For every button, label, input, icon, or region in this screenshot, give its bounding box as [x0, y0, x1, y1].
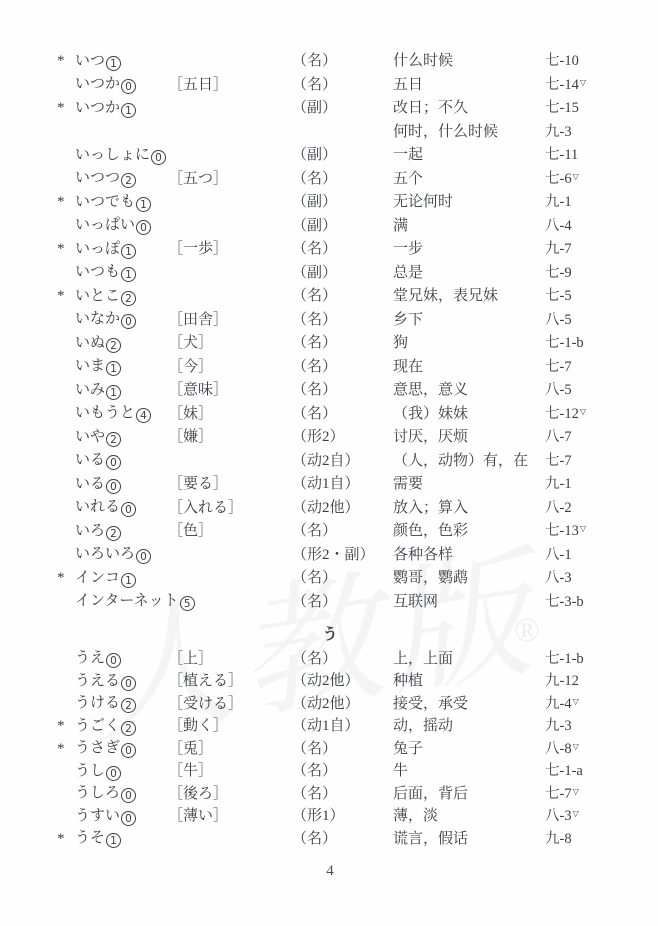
- kana-text: いっしょに: [75, 147, 150, 163]
- vocab-row: いや2 ［嫌］ （形2） 讨厌，厌烦 八-7: [57, 424, 628, 448]
- word-kana: うさぎ0: [75, 736, 168, 758]
- vocab-row: いつつ2 ［五つ］ （名） 五个 七-6▽: [57, 166, 628, 190]
- lesson-ref-text: 九-1: [545, 194, 572, 210]
- vocab-row: いま1 ［今］ （名） 现在 七-7: [57, 354, 628, 378]
- vocab-row: * いっぽ1 ［一歩］ （名） 一步 九-7: [57, 236, 628, 260]
- star-marker: *: [57, 570, 75, 587]
- kana-text: いつも: [75, 264, 120, 280]
- word-kanji: ［五日］: [168, 73, 292, 94]
- lesson-ref-text: 九-4: [545, 696, 572, 712]
- accent-badge: 0: [106, 766, 121, 781]
- vocab-row: * うさぎ0 ［兎］ （名） 兔子 八-8▽: [57, 736, 628, 759]
- meaning-chinese: 满: [393, 214, 545, 235]
- kana-text: いれる: [75, 499, 120, 515]
- meaning-chinese: 何时，什么时候: [393, 120, 545, 141]
- part-of-speech: （动1自）: [292, 714, 393, 735]
- lesson-ref-text: 七-7: [545, 786, 572, 802]
- meaning-chinese: 讨厌，厌烦: [393, 425, 545, 446]
- word-kana: いろいろ0: [75, 542, 168, 564]
- word-kanji: ［後ろ］: [168, 782, 292, 803]
- lesson-ref-text: 七-12: [545, 406, 579, 422]
- word-kana: いま1: [75, 354, 168, 376]
- lesson-ref: 七-15: [545, 96, 628, 117]
- vocab-row: いつか0 ［五日］ （名） 五日 七-14▽: [57, 72, 628, 96]
- accent-badge: 0: [121, 811, 136, 826]
- lesson-ref-text: 九-3: [545, 124, 572, 140]
- part-of-speech: （名）: [292, 355, 393, 376]
- word-kana: いみ1: [75, 378, 168, 400]
- section-header-kana: う: [322, 622, 338, 644]
- accent-badge: 0: [106, 455, 121, 470]
- accent-badge: 0: [121, 788, 136, 803]
- word-kana: いつ1: [75, 49, 168, 71]
- meaning-chinese: 意思，意义: [393, 378, 545, 399]
- lesson-ref-text: 七-1-a: [545, 763, 583, 779]
- lesson-ref-text: 七-9: [545, 265, 572, 281]
- part-of-speech: （名）: [292, 167, 393, 188]
- ref-mark-triangle: ▽: [573, 697, 579, 706]
- lesson-ref-text: 七-1-b: [545, 651, 584, 667]
- word-kanji: ［一歩］: [168, 237, 292, 258]
- vocab-row: いろいろ0 （形2・副） 各种各样 八-1: [57, 542, 628, 566]
- accent-badge: 0: [136, 549, 151, 564]
- kana-text: いや: [75, 429, 105, 445]
- kana-text: いなか: [75, 311, 120, 327]
- word-kana: うしろ0: [75, 781, 168, 803]
- kana-text: いる: [75, 452, 105, 468]
- kana-text: いとこ: [75, 288, 120, 304]
- kana-text: いろ: [75, 523, 105, 539]
- part-of-speech: （名）: [292, 566, 393, 587]
- ref-mark-triangle: ▽: [573, 787, 579, 796]
- vocab-row: いれる0 ［入れる］ （动2他） 放入；算入 八-2: [57, 495, 628, 519]
- lesson-ref-text: 八-7: [545, 429, 572, 445]
- lesson-ref-text: 八-5: [545, 382, 572, 398]
- lesson-ref: 七-3-b: [545, 590, 628, 611]
- lesson-ref-text: 七-14: [545, 77, 579, 93]
- meaning-chinese: 互联网: [393, 590, 545, 611]
- kana-text: うし: [75, 763, 105, 779]
- part-of-speech: （名）: [292, 284, 393, 305]
- vocab-row: いもうと4 ［妹］ （名） （我）妹妹 七-12▽: [57, 401, 628, 425]
- meaning-chinese: 一起: [393, 143, 545, 164]
- word-kanji: ［薄い］: [168, 804, 292, 825]
- meaning-chinese: 堂兄妹，表兄妹: [393, 284, 545, 305]
- lesson-ref-text: 七-6: [545, 171, 572, 187]
- ref-mark-triangle: ▽: [573, 172, 579, 181]
- lesson-ref: 九-7: [545, 237, 628, 258]
- lesson-ref-text: 七-7: [545, 453, 572, 469]
- part-of-speech: （名）: [292, 73, 393, 94]
- section: * いつ1 （名） 什么时候 七-10 いつか0 ［五日］ （名） 五日 七-1…: [57, 48, 628, 612]
- part-of-speech: （副）: [292, 143, 393, 164]
- vocab-row: いみ1 ［意味］ （名） 意思，意义 八-5: [57, 377, 628, 401]
- accent-badge: 2: [121, 291, 136, 306]
- vocab-row: * いつ1 （名） 什么时候 七-10: [57, 48, 628, 72]
- lesson-ref: 九-4▽: [545, 692, 628, 713]
- accent-badge: 0: [121, 502, 136, 517]
- star-marker: *: [57, 718, 75, 735]
- meaning-chinese: 总是: [393, 261, 545, 282]
- page-number: 4: [57, 863, 603, 880]
- star-marker: *: [57, 53, 75, 70]
- part-of-speech: （名）: [292, 647, 393, 668]
- lesson-ref: 七-1-b: [545, 331, 628, 352]
- word-kana: うし0: [75, 759, 168, 781]
- word-kanji: ［要る］: [168, 472, 292, 493]
- meaning-chinese: 一步: [393, 237, 545, 258]
- lesson-ref-text: 七-10: [545, 53, 579, 69]
- meaning-chinese: 放入；算入: [393, 496, 545, 517]
- kana-text: いつ: [75, 53, 105, 69]
- lesson-ref: 七-10: [545, 49, 628, 70]
- lesson-ref: 七-12▽: [545, 402, 628, 423]
- kana-text: インターネット: [75, 593, 179, 609]
- word-kana: いつでも1: [75, 190, 168, 212]
- word-kana: インコ1: [75, 566, 168, 588]
- kana-text: いっぱい: [75, 217, 135, 233]
- kana-text: うける: [75, 695, 120, 711]
- part-of-speech: （名）: [292, 49, 393, 70]
- lesson-ref-text: 八-4: [545, 218, 572, 234]
- lesson-ref: 九-1: [545, 190, 628, 211]
- vocab-row: いなか0 ［田舎］ （名） 乡下 八-5: [57, 307, 628, 331]
- vocab-row: いる0 ［要る］ （动1自） 需要 九-1: [57, 471, 628, 495]
- part-of-speech: （动2自）: [292, 449, 393, 470]
- vocab-row: * うごく2 ［動く］ （动1自） 动，摇动 九-3: [57, 714, 628, 737]
- accent-badge: 0: [106, 479, 121, 494]
- word-kana: いもうと4: [75, 401, 168, 423]
- word-kana: うそ1: [75, 826, 168, 848]
- kana-text: うえる: [75, 673, 120, 689]
- meaning-chinese: 牛: [393, 759, 545, 780]
- lesson-ref-text: 八-1: [545, 547, 572, 563]
- lesson-ref: 九-3: [545, 714, 628, 735]
- meaning-chinese: 需要: [393, 472, 545, 493]
- word-kana: いっしょに0: [75, 143, 168, 165]
- star-marker: *: [57, 100, 75, 117]
- word-kana: いっぱい0: [75, 213, 168, 235]
- word-kanji: ［嫌］: [168, 425, 292, 446]
- section: う うえ0 ［上］ （名） 上，上面 七-1-b うえる0 ［植える］ （动2他…: [57, 612, 628, 849]
- lesson-ref: 八-5: [545, 378, 628, 399]
- word-kana: いつか0: [75, 72, 168, 94]
- word-kana: いる0: [75, 448, 168, 470]
- part-of-speech: （动2他）: [292, 692, 393, 713]
- star-marker: *: [57, 194, 75, 211]
- accent-badge: 1: [106, 833, 121, 848]
- word-kana: いる0: [75, 472, 168, 494]
- lesson-ref-text: 八-8: [545, 741, 572, 757]
- meaning-chinese: 接受，承受: [393, 692, 545, 713]
- word-kanji: ［上］: [168, 647, 292, 668]
- part-of-speech: （副）: [292, 214, 393, 235]
- lesson-ref: 七-14▽: [545, 73, 628, 94]
- accent-badge: 1: [106, 361, 121, 376]
- word-kana: うごく2: [75, 714, 168, 736]
- meaning-chinese: （我）妹妹: [393, 402, 545, 423]
- kana-text: いつか: [75, 100, 120, 116]
- kana-text: うそ: [75, 830, 105, 846]
- accent-badge: 2: [106, 338, 121, 353]
- vocab-list: * いつ1 （名） 什么时候 七-10 いつか0 ［五日］ （名） 五日 七-1…: [57, 48, 628, 849]
- word-kana: うける2: [75, 691, 168, 713]
- part-of-speech: （动2他）: [292, 496, 393, 517]
- accent-badge: 0: [136, 220, 151, 235]
- lesson-ref-text: 七-15: [545, 100, 579, 116]
- kana-text: いま: [75, 358, 105, 374]
- word-kanji: ［植える］: [168, 669, 292, 690]
- vocab-row: うし0 ［牛］ （名） 牛 七-1-a: [57, 759, 628, 782]
- lesson-ref-text: 七-13: [545, 523, 579, 539]
- part-of-speech: （名）: [292, 759, 393, 780]
- meaning-chinese: 颜色，色彩: [393, 519, 545, 540]
- lesson-ref: 八-4: [545, 214, 628, 235]
- star-marker: *: [57, 831, 75, 848]
- word-kana: うえる0: [75, 669, 168, 691]
- vocab-row: いつも1 （副） 总是 七-9: [57, 260, 628, 284]
- lesson-ref-text: 九-8: [545, 831, 572, 847]
- kana-text: うしろ: [75, 785, 120, 801]
- lesson-ref: 七-9: [545, 261, 628, 282]
- lesson-ref-text: 七-1-b: [545, 335, 584, 351]
- star-marker: *: [57, 241, 75, 258]
- accent-badge: 1: [121, 267, 136, 282]
- vocab-row: インターネット5 （名） 互联网 七-3-b: [57, 589, 628, 613]
- lesson-ref: 九-3: [545, 120, 628, 141]
- kana-text: いつか: [75, 76, 120, 92]
- kana-text: いろいろ: [75, 546, 135, 562]
- word-kanji: ［意味］: [168, 378, 292, 399]
- word-kanji: ［五つ］: [168, 167, 292, 188]
- accent-badge: 1: [106, 385, 121, 400]
- meaning-chinese: 后面，背后: [393, 782, 545, 803]
- accent-badge: 2: [106, 526, 121, 541]
- vocab-row: いろ2 ［色］ （名） 颜色，色彩 七-13▽: [57, 518, 628, 542]
- kana-text: うごく: [75, 718, 120, 734]
- meaning-chinese: 上，上面: [393, 647, 545, 668]
- word-kanji: ［今］: [168, 355, 292, 376]
- lesson-ref: 八-3: [545, 566, 628, 587]
- part-of-speech: （副）: [292, 261, 393, 282]
- part-of-speech: （动2他）: [292, 669, 393, 690]
- word-kana: うえ0: [75, 646, 168, 668]
- word-kana: いや2: [75, 425, 168, 447]
- accent-badge: 2: [121, 721, 136, 736]
- vocab-row: うえ0 ［上］ （名） 上，上面 七-1-b: [57, 646, 628, 669]
- accent-badge: 1: [106, 56, 121, 71]
- lesson-ref: 八-1: [545, 543, 628, 564]
- word-kanji: ［犬］: [168, 331, 292, 352]
- lesson-ref: 八-5: [545, 308, 628, 329]
- meaning-chinese: 鹦哥，鹦鹉: [393, 566, 545, 587]
- word-kanji: ［牛］: [168, 759, 292, 780]
- word-kana: いぬ2: [75, 331, 168, 353]
- word-kana: いつつ2: [75, 166, 168, 188]
- vocab-row: いる0 （动2自） （人，动物）有，在 七-7: [57, 448, 628, 472]
- lesson-ref-text: 七-5: [545, 288, 572, 304]
- word-kana: いなか0: [75, 307, 168, 329]
- kana-text: うすい: [75, 808, 120, 824]
- kana-text: うさぎ: [75, 740, 120, 756]
- part-of-speech: （形1）: [292, 804, 393, 825]
- part-of-speech: （名）: [292, 331, 393, 352]
- kana-text: うえ: [75, 650, 105, 666]
- accent-badge: 1: [121, 103, 136, 118]
- kana-text: いぬ: [75, 335, 105, 351]
- kana-text: インコ: [75, 570, 120, 586]
- kana-text: いみ: [75, 382, 105, 398]
- part-of-speech: （名）: [292, 402, 393, 423]
- vocab-row: いぬ2 ［犬］ （名） 狗 七-1-b: [57, 330, 628, 354]
- ref-mark-triangle: ▽: [580, 524, 586, 533]
- lesson-ref-text: 八-5: [545, 312, 572, 328]
- accent-badge: 5: [180, 596, 195, 611]
- lesson-ref: 七-13▽: [545, 519, 628, 540]
- meaning-chinese: 谎言，假话: [393, 827, 545, 848]
- word-kanji: ［兎］: [168, 737, 292, 758]
- meaning-chinese: 五个: [393, 167, 545, 188]
- lesson-ref: 九-12: [545, 669, 628, 690]
- meaning-chinese: 改日；不久: [393, 96, 545, 117]
- vocab-row: 何时，什么时候 九-3: [57, 119, 628, 143]
- word-kanji: ［妹］: [168, 402, 292, 423]
- part-of-speech: （名）: [292, 237, 393, 258]
- accent-badge: 0: [121, 676, 136, 691]
- accent-badge: 1: [121, 573, 136, 588]
- part-of-speech: （名）: [292, 827, 393, 848]
- vocab-row: * いとこ2 （名） 堂兄妹，表兄妹 七-5: [57, 283, 628, 307]
- lesson-ref: 八-7: [545, 425, 628, 446]
- meaning-chinese: 乡下: [393, 308, 545, 329]
- lesson-ref: 八-3▽: [545, 804, 628, 825]
- word-kanji: ［動く］: [168, 714, 292, 735]
- lesson-ref-text: 九-1: [545, 476, 572, 492]
- vocab-row: うすい0 ［薄い］ （形1） 薄，淡 八-3▽: [57, 804, 628, 827]
- lesson-ref: 七-1-a: [545, 759, 628, 780]
- lesson-ref-text: 八-3: [545, 808, 572, 824]
- dictionary-page: 人教版 ® * いつ1 （名） 什么时候 七-10 いつか0 ［五日］ （名） …: [0, 0, 658, 926]
- vocab-row: いっしょに0 （副） 一起 七-11: [57, 142, 628, 166]
- lesson-ref: 七-7: [545, 449, 628, 470]
- lesson-ref: 七-6▽: [545, 167, 628, 188]
- lesson-ref-text: 七-3-b: [545, 594, 584, 610]
- part-of-speech: （副）: [292, 96, 393, 117]
- lesson-ref-text: 九-7: [545, 241, 572, 257]
- word-kana: いっぽ1: [75, 237, 168, 259]
- part-of-speech: （名）: [292, 782, 393, 803]
- accent-badge: 2: [121, 173, 136, 188]
- meaning-chinese: 各种各样: [393, 543, 545, 564]
- lesson-ref: 七-5: [545, 284, 628, 305]
- word-kanji: ［田舎］: [168, 308, 292, 329]
- lesson-ref-text: 七-11: [545, 147, 578, 163]
- vocab-row: * いつでも1 （副） 无论何时 九-1: [57, 189, 628, 213]
- ref-mark-triangle: ▽: [573, 742, 579, 751]
- star-marker: *: [57, 288, 75, 305]
- accent-badge: 0: [121, 743, 136, 758]
- lesson-ref: 七-7: [545, 355, 628, 376]
- meaning-chinese: 什么时候: [393, 49, 545, 70]
- lesson-ref-text: 八-3: [545, 570, 572, 586]
- word-kana: うすい0: [75, 804, 168, 826]
- accent-badge: 0: [121, 79, 136, 94]
- accent-badge: 2: [121, 698, 136, 713]
- lesson-ref: 七-11: [545, 143, 628, 164]
- section-spacer: [57, 612, 628, 620]
- accent-badge: 0: [151, 150, 166, 165]
- accent-badge: 1: [121, 244, 136, 259]
- vocab-row: うしろ0 ［後ろ］ （名） 后面，背后 七-7▽: [57, 781, 628, 804]
- kana-text: いもうと: [75, 405, 135, 421]
- meaning-chinese: 动，摇动: [393, 714, 545, 735]
- accent-badge: 0: [121, 314, 136, 329]
- meaning-chinese: 薄，淡: [393, 804, 545, 825]
- word-kana: インターネット5: [75, 589, 168, 611]
- part-of-speech: （动1自）: [292, 472, 393, 493]
- vocab-row: * いつか1 （副） 改日；不久 七-15: [57, 95, 628, 119]
- lesson-ref: 七-1-b: [545, 647, 628, 668]
- word-kanji: ［入れる］: [168, 496, 292, 517]
- accent-badge: 1: [136, 197, 151, 212]
- meaning-chinese: 现在: [393, 355, 545, 376]
- kana-text: いっぽ: [75, 241, 120, 257]
- lesson-ref: 八-2: [545, 496, 628, 517]
- meaning-chinese: 五日: [393, 73, 545, 94]
- part-of-speech: （名）: [292, 519, 393, 540]
- word-kana: いつも1: [75, 260, 168, 282]
- word-kana: いれる0: [75, 495, 168, 517]
- lesson-ref: 九-1: [545, 472, 628, 493]
- lesson-ref-text: 九-3: [545, 718, 572, 734]
- vocab-row: いっぱい0 （副） 满 八-4: [57, 213, 628, 237]
- lesson-ref-text: 八-2: [545, 500, 572, 516]
- part-of-speech: （名）: [292, 737, 393, 758]
- part-of-speech: （名）: [292, 308, 393, 329]
- kana-text: いつでも: [75, 194, 135, 210]
- star-marker: *: [57, 741, 75, 758]
- meaning-chinese: 兔子: [393, 737, 545, 758]
- kana-text: いる: [75, 476, 105, 492]
- accent-badge: 0: [106, 653, 121, 668]
- lesson-ref-text: 九-12: [545, 673, 579, 689]
- lesson-ref: 七-7▽: [545, 782, 628, 803]
- vocab-row: うける2 ［受ける］ （动2他） 接受，承受 九-4▽: [57, 691, 628, 714]
- accent-badge: 4: [136, 408, 151, 423]
- accent-badge: 2: [106, 432, 121, 447]
- part-of-speech: （名）: [292, 378, 393, 399]
- vocab-row: うえる0 ［植える］ （动2他） 种植 九-12: [57, 669, 628, 692]
- lesson-ref: 八-8▽: [545, 737, 628, 758]
- meaning-chinese: （人，动物）有，在: [393, 449, 545, 470]
- meaning-chinese: 狗: [393, 331, 545, 352]
- part-of-speech: （形2・副）: [292, 543, 393, 564]
- vocab-row: * うそ1 （名） 谎言，假话 九-8: [57, 826, 628, 849]
- word-kanji: ［受ける］: [168, 692, 292, 713]
- word-kanji: ［色］: [168, 519, 292, 540]
- ref-mark-triangle: ▽: [580, 407, 586, 416]
- part-of-speech: （副）: [292, 190, 393, 211]
- word-kana: いろ2: [75, 519, 168, 541]
- ref-mark-triangle: ▽: [580, 78, 586, 87]
- ref-mark-triangle: ▽: [573, 809, 579, 818]
- word-kana: いとこ2: [75, 284, 168, 306]
- kana-text: いつつ: [75, 170, 120, 186]
- section-header: う: [57, 620, 603, 646]
- lesson-ref: 九-8: [545, 827, 628, 848]
- part-of-speech: （名）: [292, 590, 393, 611]
- lesson-ref-text: 七-7: [545, 359, 572, 375]
